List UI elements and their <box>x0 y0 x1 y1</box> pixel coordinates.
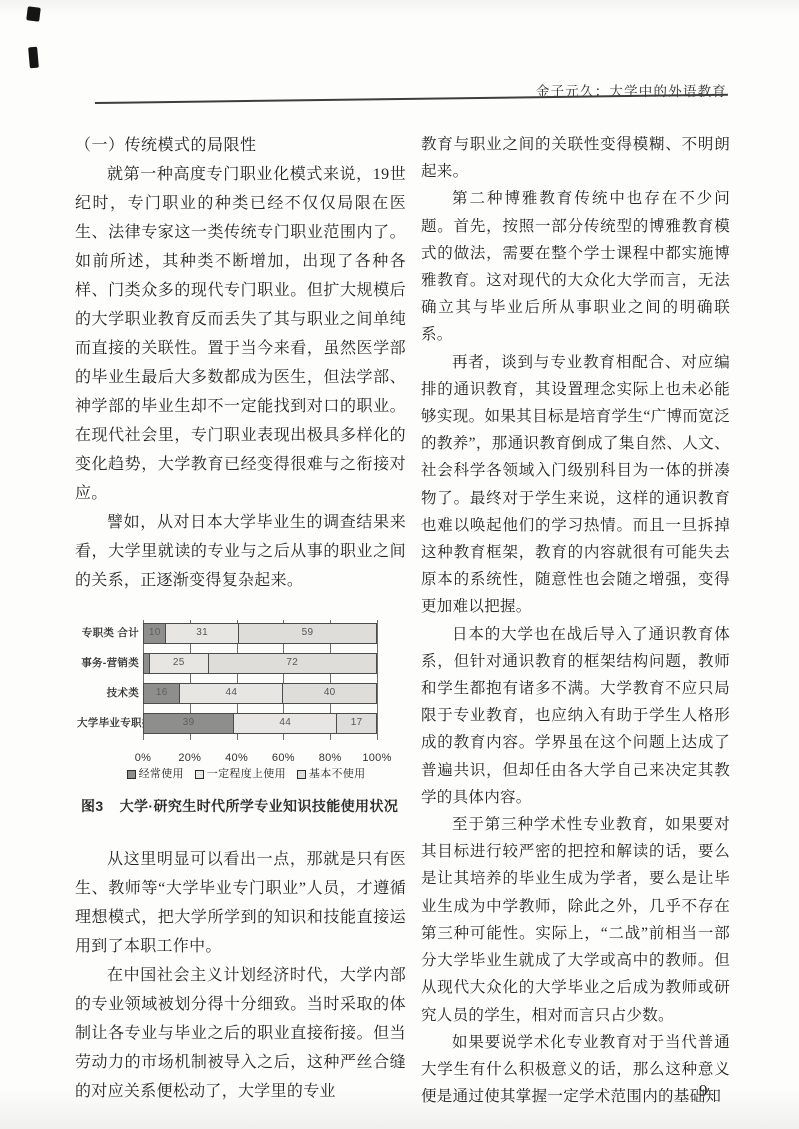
chart-bar-row: 大学毕业专职类394417 <box>77 708 399 738</box>
paragraph: 譬如，从对日本大学毕业生的调查结果来看，大学里就读的专业与之后从事的职业之间的关… <box>75 508 406 595</box>
chart-bar-row: 技术类164440 <box>77 678 399 708</box>
bar-value-label: 72 <box>286 658 298 668</box>
paragraph: 如果要说学术化专业教育对于当代普通大学生有什么积极意义的话，那么这种意义便是通过… <box>421 1029 730 1111</box>
chart-category-label: 技术类 <box>77 687 143 699</box>
bar-value-label: 17 <box>351 718 363 728</box>
legend-label: 经常使用 <box>139 760 184 789</box>
chart-bar-row: 专职类 合计103159 <box>77 618 399 648</box>
legend-swatch <box>195 770 204 779</box>
page-number: 9 <box>699 1081 708 1101</box>
chart-bar-track: 394417 <box>143 713 377 734</box>
chart-bar-track: 164440 <box>143 683 377 704</box>
bar-value-label: 16 <box>156 688 168 698</box>
bar-value-label: 44 <box>279 718 291 728</box>
bar-segment: 17 <box>337 713 377 734</box>
bar-segment: 44 <box>180 683 283 704</box>
legend-swatch <box>297 770 306 779</box>
bar-value-label: 59 <box>302 628 314 638</box>
bar-value-label: 40 <box>324 688 336 698</box>
paragraph: 至于第三种学术性专业教育，如果要对其目标进行较严密的把控和解读的话，要么是让其培… <box>421 811 730 1029</box>
bar-value-label: 10 <box>149 628 161 638</box>
paragraph: 就第一种高度专门职业化模式来说，19世纪时，专门职业的种类已经不仅仅局限在医生、… <box>75 160 406 508</box>
paragraph: 从这里明显可以看出一点，那就是只有医生、教师等“大学毕业专门职业”人员，才遵循理… <box>75 845 406 961</box>
bar-segment: 31 <box>166 623 239 644</box>
right-column: 教育与职业之间的关联性变得模糊、不明朗起来。 第二种博雅教育传统中也存在不少问题… <box>421 131 730 1110</box>
bar-segment <box>143 653 150 674</box>
figure-caption: 图3大学·研究生时代所学专业知识技能使用状况 <box>81 792 406 821</box>
chart-bar-row: 事务-营销类2572 <box>77 648 399 678</box>
stacked-bar-chart: 专职类 合计103159事务-营销类2572技术类164440大学毕业专职类39… <box>77 618 399 778</box>
left-column: （一）传统模式的局限性 就第一种高度专门职业化模式来说，19世纪时，专门职业的种… <box>75 131 406 1106</box>
paragraph: 日本的大学也在战后导入了通识教育体系，但针对通识教育的框架结构问题，教师和学生都… <box>421 621 730 811</box>
chart-category-label: 大学毕业专职类 <box>77 717 143 729</box>
bar-value-label: 44 <box>226 688 238 698</box>
bar-value-label: 31 <box>196 628 208 638</box>
bar-segment: 44 <box>234 713 337 734</box>
chart-category-label: 专职类 合计 <box>77 627 143 639</box>
chart-category-label: 事务-营销类 <box>77 657 143 669</box>
paragraph: 第二种博雅教育传统中也存在不少问题。首先，按照一部分传统型的博雅教育模式的做法，… <box>421 185 730 348</box>
bar-value-label: 25 <box>173 658 185 668</box>
chart-x-axis: 0%20%40%60%80%100% <box>143 744 377 758</box>
document-page: 金子元久：大学中的外语教育 （一）传统模式的局限性 就第一种高度专门职业化模式来… <box>0 0 799 1129</box>
legend-item: 基本不使用 <box>297 760 366 789</box>
legend-swatch <box>127 770 136 779</box>
bar-segment: 40 <box>283 683 377 704</box>
scan-artifact <box>28 47 39 69</box>
legend-label: 一定程度上使用 <box>207 760 286 789</box>
chart-plot: 专职类 合计103159事务-营销类2572技术类164440大学毕业专职类39… <box>77 618 399 738</box>
figure-caption-label: 图3 <box>81 798 104 814</box>
bar-segment: 16 <box>143 683 180 704</box>
bar-segment: 39 <box>143 713 234 734</box>
figure-chart: 专职类 合计103159事务-营销类2572技术类164440大学毕业专职类39… <box>75 618 406 821</box>
paragraph: 在中国社会主义计划经济时代，大学内部的专业领域被划分得十分细致。当时采取的体制让… <box>75 961 406 1106</box>
chart-bar-track: 2572 <box>143 653 377 674</box>
legend-label: 基本不使用 <box>309 760 366 789</box>
bar-segment: 10 <box>143 623 166 644</box>
bar-segment: 72 <box>209 653 377 674</box>
chart-bar-track: 103159 <box>143 623 377 644</box>
figure-caption-text: 大学·研究生时代所学专业知识技能使用状况 <box>120 798 399 814</box>
section-heading: （一）传统模式的局限性 <box>75 131 406 160</box>
bar-segment: 59 <box>239 623 377 644</box>
bar-segment: 25 <box>150 653 209 674</box>
legend-item: 经常使用 <box>127 760 184 789</box>
chart-legend: 经常使用一定程度上使用基本不使用 <box>101 760 391 789</box>
paragraph: 再者，谈到与专业教育相配合、对应编排的通识教育，其设置理念实际上也未必能够实现。… <box>421 349 730 621</box>
scan-artifact <box>26 6 41 21</box>
bar-value-label: 39 <box>183 718 195 728</box>
paragraph: 教育与职业之间的关联性变得模糊、不明朗起来。 <box>421 131 730 185</box>
legend-item: 一定程度上使用 <box>195 760 286 789</box>
